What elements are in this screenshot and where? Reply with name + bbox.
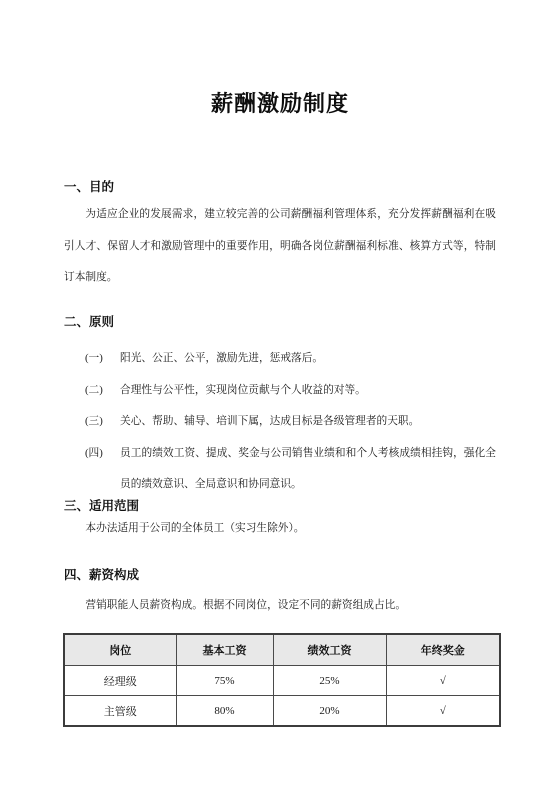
- list-item-text: 阳光、公正、公平，激励先进，惩戒落后。: [120, 352, 323, 364]
- list-item-label: (一): [85, 343, 120, 375]
- document-page: 薪酬激励制度 一、目的 为适应企业的发展需求，建立较完善的公司薪酬福利管理体系，…: [0, 0, 560, 792]
- scope-paragraph: 本办法适用于公司的全体员工（实习生除外）。: [64, 513, 496, 545]
- list-item-text: 关心、帮助、辅导、培训下属，达成目标是各级管理者的天职。: [120, 415, 419, 427]
- column-header-year-bonus: 年终奖金: [386, 634, 500, 666]
- cell-base-pay: 80%: [176, 696, 273, 727]
- salary-paragraph: 营销职能人员薪资构成。根据不同岗位，设定不同的薪资组成占比。: [64, 590, 496, 622]
- list-item-label: (四): [85, 438, 120, 470]
- list-item: (四)员工的绩效工资、提成、奖金与公司销售业绩和和个人考核成绩相挂钩，强化全员的…: [120, 438, 496, 501]
- cell-year-bonus: √: [386, 666, 500, 696]
- column-header-base-pay: 基本工资: [176, 634, 273, 666]
- section-heading-purpose: 一、目的: [64, 180, 496, 194]
- principles-list: (一)阳光、公正、公平，激励先进，惩戒落后。 (二)合理性与公平性，实现岗位贡献…: [64, 343, 496, 501]
- list-item: (三)关心、帮助、辅导、培训下属，达成目标是各级管理者的天职。: [120, 406, 496, 438]
- document-title: 薪酬激励制度: [64, 91, 496, 117]
- column-header-position: 岗位: [64, 634, 176, 666]
- table-row: 主管级 80% 20% √: [64, 696, 500, 727]
- section-heading-salary: 四、薪资构成: [64, 568, 496, 582]
- list-item: (一)阳光、公正、公平，激励先进，惩戒落后。: [120, 343, 496, 375]
- table-header-row: 岗位 基本工资 绩效工资 年终奖金: [64, 634, 500, 666]
- list-item: (二)合理性与公平性，实现岗位贡献与个人收益的对等。: [120, 375, 496, 407]
- salary-composition-table: 岗位 基本工资 绩效工资 年终奖金 经理级 75% 25% √ 主管级 80% …: [63, 633, 501, 727]
- section-heading-scope: 三、适用范围: [64, 499, 496, 513]
- list-item-text: 员工的绩效工资、提成、奖金与公司销售业绩和和个人考核成绩相挂钩，强化全员的绩效意…: [120, 447, 496, 491]
- list-item-label: (二): [85, 375, 120, 407]
- cell-position: 经理级: [64, 666, 176, 696]
- cell-perf-pay: 20%: [273, 696, 386, 727]
- column-header-perf-pay: 绩效工资: [273, 634, 386, 666]
- cell-base-pay: 75%: [176, 666, 273, 696]
- list-item-text: 合理性与公平性，实现岗位贡献与个人收益的对等。: [120, 384, 366, 396]
- section-heading-principles: 二、原则: [64, 315, 496, 329]
- purpose-paragraph: 为适应企业的发展需求，建立较完善的公司薪酬福利管理体系，充分发挥薪酬福利在吸引人…: [64, 199, 496, 294]
- cell-position: 主管级: [64, 696, 176, 727]
- table-row: 经理级 75% 25% √: [64, 666, 500, 696]
- list-item-label: (三): [85, 406, 120, 438]
- document-content: 薪酬激励制度 一、目的 为适应企业的发展需求，建立较完善的公司薪酬福利管理体系，…: [0, 91, 560, 727]
- cell-perf-pay: 25%: [273, 666, 386, 696]
- cell-year-bonus: √: [386, 696, 500, 727]
